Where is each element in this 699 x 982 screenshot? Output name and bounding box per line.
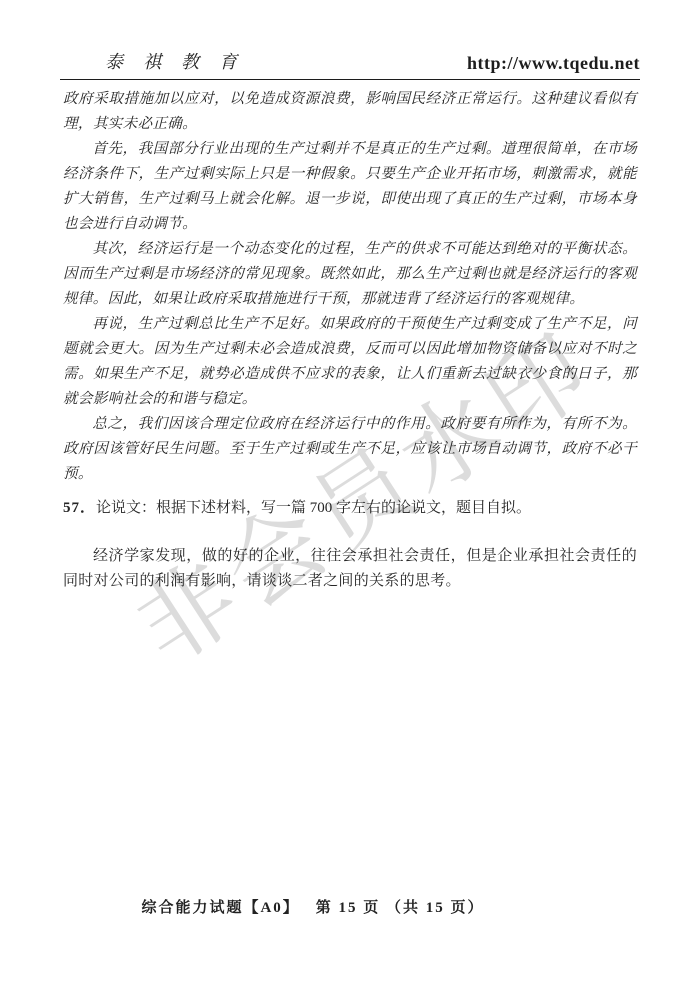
essay-paragraph-2: 首先，我国部分行业出现的生产过剩并不是真正的生产过剩。道理很简单，在市场经济条件… xyxy=(63,137,637,237)
essay-paragraph-5: 总之，我们因该合理定位政府在经济运行中的作用。政府要有所作为，有所不为。政府因该… xyxy=(63,412,637,487)
footer-doc-title: 综合能力试题【A0】 xyxy=(141,900,299,916)
brand-title: 泰祺教育 xyxy=(105,48,257,74)
question-material-paragraph: 经济学家发现，做的好的企业，往往会承担社会责任，但是企业承担社会责任的同时对公司… xyxy=(63,544,637,594)
page-header: 泰祺教育 http://www.tqedu.net xyxy=(60,50,640,80)
document-body: 政府采取措施加以应对，以免造成资源浪费，影响国民经济正常运行。这种建议看似有理，… xyxy=(63,87,637,594)
question-number: 57． xyxy=(63,500,96,516)
essay-paragraph-4: 再说，生产过剩总比生产不足好。如果政府的干预使生产过剩变成了生产不足，问题就会更… xyxy=(63,312,637,412)
question-57: 57．论说文：根据下述材料，写一篇 700 字左右的论说文，题目自拟。 xyxy=(63,496,637,521)
header-url-link[interactable]: http://www.tqedu.net xyxy=(467,53,640,74)
question-text: 论说文：根据下述材料，写一篇 700 字左右的论说文，题目自拟。 xyxy=(96,500,531,516)
document-page: 非会员水印 泰祺教育 http://www.tqedu.net 政府采取措施加以… xyxy=(0,0,699,982)
page-footer: 综合能力试题【A0】第 15 页 （共 15 页） xyxy=(63,896,563,917)
essay-paragraph-1: 政府采取措施加以应对，以免造成资源浪费，影响国民经济正常运行。这种建议看似有理，… xyxy=(63,87,637,137)
essay-paragraph-3: 其次，经济运行是一个动态变化的过程，生产的供求不可能达到绝对的平衡状态。因而生产… xyxy=(63,237,637,312)
footer-page-number: 第 15 页 （共 15 页） xyxy=(316,900,485,916)
